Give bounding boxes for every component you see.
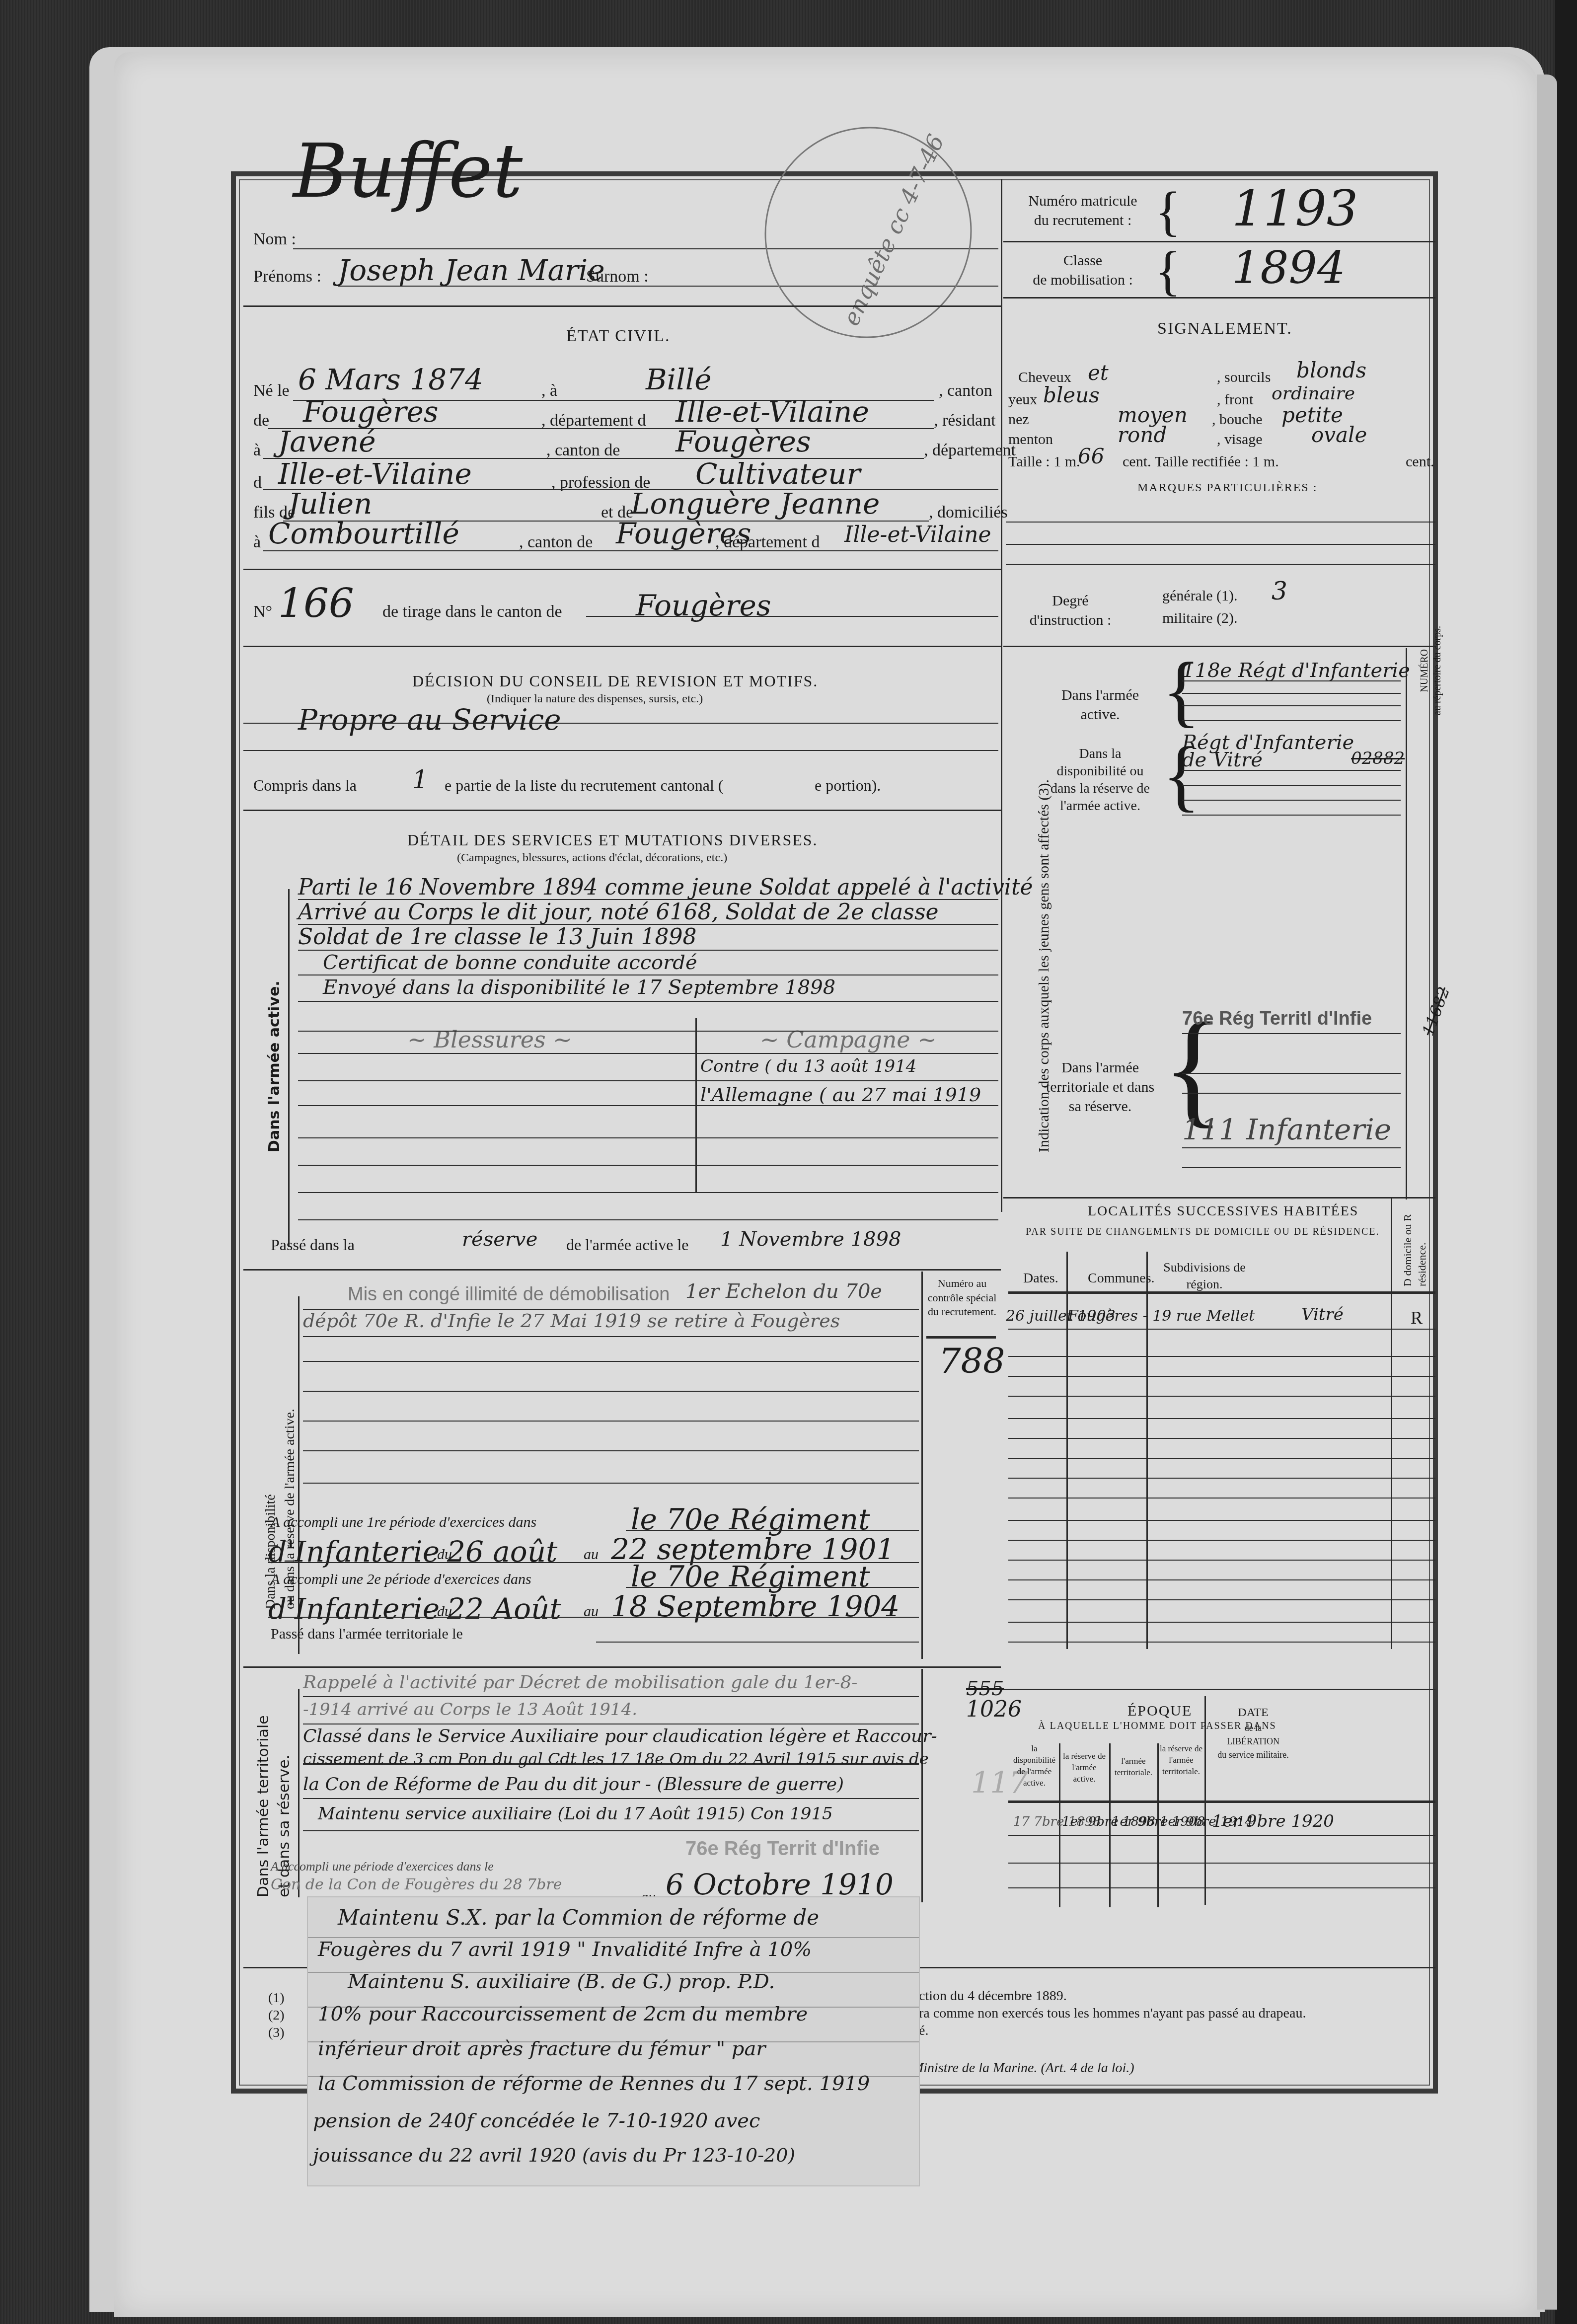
matricule-rule [1003,241,1435,242]
residence-value: Javené [278,427,376,456]
epoque-title: ÉPOQUE [1127,1704,1192,1719]
header-divider [243,305,1001,307]
services-title: DÉTAIL DES SERVICES ET MUTATIONS DIVERSE… [407,832,818,848]
liberation-header-2: de la [1206,1722,1300,1735]
corps-active-value: 118e Régt d'Infanterie [1182,661,1410,680]
localites-subdivision: Vitré [1301,1306,1344,1323]
territoriale-au: 6 Octobre 1910 [666,1870,894,1899]
lieu-naissance: Billé [646,365,712,394]
localites-rule-10 [1008,1520,1435,1521]
numero-controle-label: Numéro au contrôle spécial du recrutemen… [925,1276,999,1319]
epoque-col-reserve-territoriale: la réserve de l'armée territoriale. [1159,1743,1203,1778]
marques-rule-2 [1006,544,1435,545]
corps-active-rule-2 [1182,693,1401,694]
corps-dispo-label: Dans la disponibilité ou dans la réserve… [1043,745,1157,815]
tirage-no: 166 [278,584,354,623]
cent-label: cent. [1406,454,1434,469]
degre-label-2: d'instruction : [1030,612,1112,628]
localites-subtitle: PAR SUITE DE CHANGEMENTS DE DOMICILE OU … [1026,1227,1379,1237]
blessures-rule-0 [298,1031,998,1032]
localites-type: R [1411,1309,1423,1327]
matricule-label: Numéro matriculedu recrutement : [1008,191,1157,230]
note-line-2: Fougères du 7 avril 1919 " Invalidité In… [318,1940,812,1959]
localites-type-divider [1391,1197,1392,1649]
localites-rule-13 [1008,1579,1435,1580]
localites-rule-5 [1008,1418,1435,1419]
prenoms-label: Prénoms : [253,268,321,285]
depot-line: dépôt 70e R. d'Infie le 27 Mai 1919 se r… [303,1311,840,1330]
taille-suffix: cent. Taille rectifiée : 1 m. [1123,454,1279,469]
periode1-rule-a [626,1530,919,1531]
partie-value: 1 [412,767,428,792]
signalement-divider [1003,646,1435,647]
corps-territoriale-label: Dans l'armée territoriale et dans sa rés… [1043,1058,1157,1116]
epoque-header-rule [1008,1800,1435,1803]
blessures-rule-1 [298,1053,998,1054]
territoriale-rule-2 [303,1724,919,1724]
liberation-header-4: du service militaire. [1206,1748,1300,1762]
decision-title: DÉCISION DU CONSEIL DE REVISION ET MOTIF… [412,673,818,689]
service-line-1: Parti le 16 Novembre 1894 comme jeune So… [298,877,1033,899]
localites-rule-4 [1008,1396,1435,1397]
degre-label: Degréd'instruction : [1023,591,1118,630]
territoriale-line-3: Classé dans le Service Auxiliaire pour c… [303,1727,937,1745]
departement-residence: Ille-et-Vilaine [278,459,472,488]
note-line-3: Maintenu S. auxiliaire (B. de G.) prop. … [348,1972,775,1992]
sourcils-label: , sourcils [1217,370,1271,385]
footnote-marks: (1) (2) (3) [268,1989,285,2041]
corps-territoriale-rule-2 [1182,1073,1401,1074]
canton-naissance: Fougères [303,397,439,426]
page-curl-edge [1537,75,1557,2310]
footnote-mark-1: (1) [268,1989,285,2007]
epoque-col-territoriale: l'armée territoriale. [1111,1756,1156,1779]
services-divider [243,1269,1001,1271]
service-rule-4 [298,975,998,975]
epoque-col-reserve-active: la réserve de l'armée active. [1060,1751,1108,1785]
territoriale-line-2: -1914 arrivé au Corps le 13 Août 1914. [303,1701,637,1718]
cheveux-value: et [1088,363,1109,383]
corps-territoriale-stamp: 76e Rég Territl d'Infie [1182,1008,1372,1030]
localites-col-subdivisions: Subdivisions de région. [1157,1259,1252,1293]
service-line-3: Soldat de 1re classe le 13 Juin 1898 [298,926,697,948]
passe-label-1: Passé dans la [271,1237,355,1253]
localites-col-type: D domicile ou R résidence. [1401,1187,1429,1286]
services-side-divider [288,889,290,1247]
note-line-1: Maintenu S.X. par la Commion de réforme … [338,1907,819,1928]
localites-rule-2 [1008,1356,1435,1357]
footnote-2: ...dra comme non exercés tous les hommes… [901,2007,1306,2021]
localites-rule-3 [1008,1376,1435,1377]
classe-label: Classede mobilisation : [1008,251,1157,290]
canton-label: , canton [939,382,992,399]
etat-civil-title: ÉTAT CIVIL. [566,328,670,345]
armee-active-side-label: Dans l'armée active. [266,980,283,1152]
dispo-rule-7 [303,1483,919,1484]
localites-divider [1003,1689,1435,1690]
periode2-rule-a [626,1587,919,1588]
menton-value: rond [1118,425,1167,446]
matricule-brace: { [1155,184,1181,238]
service-line-5: Envoyé dans la disponibilité le 17 Septe… [323,977,835,997]
service-rule-5 [298,1001,998,1002]
epoque-col-disponibilite: la disponibilité de l'armée active. [1011,1743,1058,1789]
no-label: N° [253,603,272,620]
yeux-label: yeux [1008,392,1037,407]
corps-dispo-rule-3 [1182,800,1401,801]
classe-label-line1: Classe [1063,252,1102,269]
periode2-rule-b [268,1617,919,1618]
blessures-rule-5 [298,1165,998,1166]
localites-col-dates: Dates. [1023,1272,1058,1285]
localites-rule-16 [1008,1642,1435,1643]
marques-rule-3 [1006,564,1435,565]
marques-rule-1 [1006,522,1435,523]
taille-value: 66 [1078,446,1104,467]
decision-divider [243,810,1001,811]
footnote-1: ...uction du 4 décembre 1889. [901,1989,1067,2003]
corps-numero-header-2: au répertoire du corps. [1432,626,1443,715]
generale-label: générale (1). [1162,589,1238,603]
corps-numero-header: NUMÉROau répertoire du corps. [1418,626,1444,715]
territoriale-rule-1 [303,1696,919,1697]
corps-dispo-rule-2 [1182,785,1401,786]
campagne-line-1: Contre ( du 13 août 1914 [700,1058,916,1075]
epoque-rule-3 [1008,1887,1435,1888]
disponibilite-divider [243,1666,1001,1668]
passe-date: 1 Novembre 1898 [720,1229,901,1249]
matricule-label-line2: du recrutement : [1034,212,1132,228]
corps-numero-header-1: NUMÉRO [1419,649,1430,692]
numero-column-divider [921,1272,923,1659]
localites-rule-14 [1008,1599,1435,1600]
degre-label-1: Degré [1052,593,1088,609]
classe-label-line2: de mobilisation : [1033,272,1133,288]
departement2-label: , département [924,442,1016,459]
blessures-rule-7 [298,1219,998,1220]
passe-reserve: réserve [462,1229,537,1249]
periode2-label: A accompli une 2e période d'exercices da… [271,1572,531,1587]
domicile-parents: Combourtillé [268,519,459,548]
front-value: ordinaire [1272,385,1355,403]
departement-label: , département d [541,412,646,429]
portion-label: e portion). [815,777,881,793]
liberation-value: 1er 9bre 1920 [1212,1813,1334,1830]
campagne-line-2: l'Allemagne ( au 27 mai 1919 [700,1085,981,1104]
corps-active-rule-3 [1182,705,1401,706]
dispo-rule-6 [303,1450,919,1451]
a2-label: à [253,442,261,459]
corps-dispo-value-2: de Vitré [1182,750,1263,770]
attached-correction-note: Maintenu S.X. par la Commion de réforme … [308,1897,919,2185]
compris-label: Compris dans la [253,777,357,793]
a3-label: à [253,534,261,551]
footnote-4: ...Ministre de la Marine. (Art. 4 de la … [901,2061,1134,2075]
localites-rule-9 [1008,1498,1435,1499]
sourcils-value: blonds [1296,360,1366,381]
blessures-rule-6 [298,1192,998,1193]
nez-label: nez [1008,412,1029,427]
d-label: d [253,474,262,491]
marques-title: MARQUES PARTICULIÈRES : [1137,482,1317,494]
mere-value: Longuère Jeanne [631,489,880,518]
yeux-value: bleus [1043,385,1100,406]
territoriale-line-5: la Con de Réforme de Pau du dit jour - (… [303,1776,844,1794]
corps-active-rule-1 [1182,680,1401,681]
canton-de2-label: , canton de [519,534,593,551]
dispo-rule-4 [303,1391,919,1392]
dispo-rule-5 [303,1421,919,1422]
corps-dispo-numero: 02882 [1351,750,1405,767]
localites-rule-1 [1008,1329,1435,1330]
liberation-header-1: DATE [1206,1704,1300,1722]
decision-value: Propre au Service [298,705,561,734]
domicilies-label: , domiciliés [929,504,1008,521]
canton-residence: Fougères [676,427,811,456]
surnom-label: Surnom : [586,268,649,285]
echelon-value: 1er Echelon du 70e [685,1281,882,1301]
territoriale-numero-crossed: 555 [966,1679,1004,1699]
de-label: de [253,412,269,429]
next-page-edge [1555,0,1577,2324]
taille-label: Taille : 1 m. [1008,454,1080,469]
passe-label-2: de l'armée active le [566,1237,689,1253]
corps-active-label: Dans l'armée active. [1043,685,1157,724]
services-subtitle: (Campagnes, blessures, actions d'éclat, … [457,852,727,864]
corps-territoriale-rule-1 [1182,1033,1401,1034]
territoriale-passe-rule [596,1642,919,1643]
corps-territoriale-rule-3 [1182,1093,1401,1094]
liberation-header: DATE de la LIBÉRATION du service militai… [1206,1704,1300,1762]
blessures-rule-3 [298,1105,998,1106]
liberation-header-3: LIBÉRATION [1206,1735,1300,1748]
compris-label-2: e partie de la liste du recrutement cant… [445,777,724,793]
service-line-2: Arrivé au Corps le dit jour, noté 6168, … [298,901,939,923]
dispo-rule-3 [303,1361,919,1362]
epoque-rule-2 [1008,1863,1435,1864]
territoriale-line-6: Maintenu service auxiliaire (Loi du 17 A… [318,1805,833,1822]
menton-label: menton [1008,432,1053,447]
localites-rule-12 [1008,1560,1435,1561]
classe-value: 1894 [1232,246,1346,291]
localites-rule-6 [1008,1438,1435,1439]
periode1-label: A accompli une 1re période d'exercices d… [271,1515,536,1530]
localites-commune: Fougères - 19 rue Mellet [1068,1309,1255,1324]
tirage-label: de tirage dans le canton de [382,603,562,620]
territoriale-rule-5 [303,1830,919,1831]
nom-value: Buffet [293,134,523,209]
visage-value: ovale [1311,425,1367,446]
territoriale-numero: 1026 [966,1699,1022,1721]
localites-col-communes: Communes. [1088,1272,1155,1285]
classe-rule [1003,297,1435,299]
localites-header-rule [1008,1291,1435,1294]
corps-numero-divider [1406,648,1407,1199]
visage-label: , visage [1217,432,1263,447]
dispo-rule-2 [303,1336,919,1337]
territoriale-line-1: Rappelé à l'activité par Décret de mobil… [303,1674,857,1692]
territoriale-periode-line: Con de la Con de Fougères du 28 7bre [271,1877,562,1892]
conge-stamp: Mis en congé illimité de démobilisation [348,1284,670,1305]
front-label: , front [1217,392,1253,407]
blessures-rule-2 [298,1080,998,1081]
militaire-label: militaire (2). [1162,611,1238,626]
blessures-rule-4 [298,1137,998,1138]
note-line-7: pension de 240f concédée le 7-10-1920 av… [313,2111,760,2131]
decision-rule-2 [243,750,998,751]
corps-dispo-rule-1 [1182,770,1401,771]
note-line-6: la Commission de réforme de Rennes du 17… [318,2074,870,2094]
corps-active-rule-4 [1182,720,1401,721]
generale-value: 3 [1272,579,1287,603]
epoque-rule-1 [1008,1835,1435,1836]
footnote-mark-3: (3) [268,2024,285,2041]
pere-value: Julien [288,489,372,518]
territoriale-rule-4 [303,1798,919,1799]
profession-value: Cultivateur [695,459,860,488]
localites-rule-8 [1008,1478,1435,1479]
ne-le-label: Né le [253,382,290,399]
service-rule-3 [298,950,998,951]
tirage-divider [243,646,1001,647]
date-naissance: 6 Mars 1874 [298,365,483,394]
prenoms-value: Joseph Jean Marie [338,256,605,285]
a-label: , à [541,382,557,399]
note-line-4: 10% pour Raccourcissement de 2cm du memb… [318,2004,808,2024]
corps-divider [1003,1197,1435,1199]
numero-controle-value: 788 [939,1344,1005,1378]
periode1-au-label: au [584,1547,599,1562]
canton-de-label: , canton de [546,442,620,459]
departement-parents: Ille-et-Vilaine [844,524,991,546]
territoriale-passe-label: Passé dans l'armée territoriale le [271,1627,463,1642]
classe-brace: { [1155,243,1181,298]
signalement-title: SIGNALEMENT. [1157,320,1292,337]
localites-rule-7 [1008,1458,1435,1459]
main-column-divider [1001,179,1002,1212]
corps-territoriale-rule-4 [1182,1147,1401,1148]
numero-controle-rule [926,1336,996,1339]
note-line-8: jouissance du 22 avril 1920 (avis du Pr … [313,2146,795,2165]
domicile-rule [263,550,998,551]
matricule-label-line1: Numéro matricule [1028,193,1137,209]
localites-title: LOCALITÉS SUCCESSIVES HABITÉES [1088,1204,1358,1218]
corps-territoriale-value: 111 Infanterie [1182,1115,1391,1144]
periode2-unit-2: d'Infanterie [268,1594,440,1623]
tirage-rule [586,616,998,617]
decision-rule-1 [243,723,998,724]
departement3-label: , département d [715,534,820,551]
residant-label: , résidant [934,412,996,429]
etat-civil-divider [243,569,1001,570]
territoriale-side-label-1: Dans l'armée territoriale [255,1715,272,1897]
corps-territoriale-rule-5 [1182,1167,1401,1168]
territoriale-periode-label: A accompli une période d'exercices dans … [271,1860,494,1873]
territoriale-faint-stamp: 76e Rég Territ d'Infie [685,1838,880,1860]
service-line-4: Certificat de bonne conduite accordé [323,953,697,973]
territoriale-line-4: cissement de 3 cm Pon du gal Cdt les 17 … [303,1751,929,1767]
corps-dispo-rule-4 [1182,815,1401,816]
departement-naissance: Ille-et-Vilaine [676,397,869,426]
territoriale-numero-divider [921,1669,923,1902]
note-line-5: inférieur droit après fracture du fémur … [318,2039,765,2059]
periode2-du: 22 Août [447,1594,561,1623]
bouche-label: , bouche [1212,412,1263,427]
footnote-mark-2: (2) [268,2007,285,2024]
nom-label: Nom : [253,231,296,248]
localites-rule-11 [1008,1540,1435,1541]
matricule-value: 1193 [1232,184,1358,233]
localites-rule-15 [1008,1622,1435,1623]
